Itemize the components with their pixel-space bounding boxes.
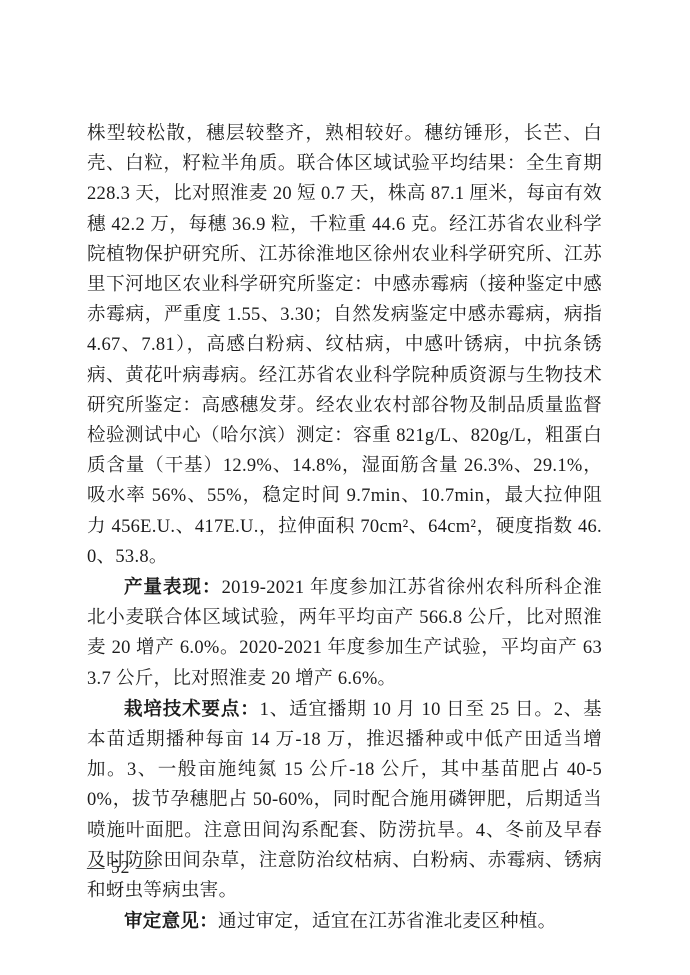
paragraph-label: 栽培技术要点： <box>124 698 260 719</box>
paragraph-text: 通过审定，适宜在江苏省淮北麦区种植。 <box>218 912 556 932</box>
page-number-text: — 52 — <box>87 857 154 877</box>
paragraph-cultivation-techniques: 栽培技术要点：1、适宜播期 10 月 10 日至 25 日。2、基本苗适期播种每… <box>87 694 602 906</box>
paragraph-approval-opinion: 审定意见：通过审定，适宜在江苏省淮北麦区种植。 <box>87 906 602 937</box>
paragraph-label: 产量表现： <box>124 576 222 597</box>
document-body: 株型较松散，穗层较整齐，熟相较好。穗纺锤形，长芒、白壳、白粒，籽粒半角质。联合体… <box>87 119 602 937</box>
paragraph-text: 1、适宜播期 10 月 10 日至 25 日。2、基本苗适期播种每亩 14 万-… <box>87 700 602 901</box>
paragraph-yield-performance: 产量表现：2019-2021 年度参加江苏省徐州农科所科企淮北小麦联合体区域试验… <box>87 572 602 694</box>
document-page: 株型较松散，穗层较整齐，熟相较好。穗纺锤形，长芒、白壳、白粒，籽粒半角质。联合体… <box>0 0 690 975</box>
paragraph-text: 株型较松散，穗层较整齐，熟相较好。穗纺锤形，长芒、白壳、白粒，籽粒半角质。联合体… <box>87 124 602 567</box>
paragraph-label: 审定意见： <box>124 910 218 931</box>
page-number: — 52 — <box>87 855 154 879</box>
paragraph-variety-characteristics: 株型较松散，穗层较整齐，熟相较好。穗纺锤形，长芒、白壳、白粒，籽粒半角质。联合体… <box>87 119 602 572</box>
